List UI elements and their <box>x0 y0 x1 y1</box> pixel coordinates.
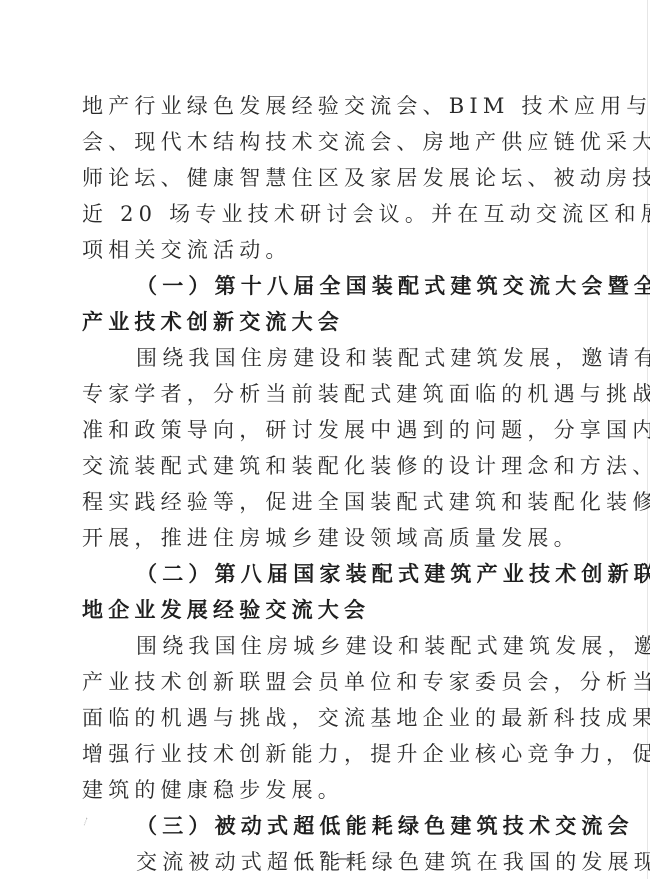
text-line: 项相关交流活动。 <box>82 232 574 268</box>
text-line: 围绕我国住房建设和装配式建筑发展，邀请有关领导和知名 <box>82 340 574 376</box>
text-line: 会、现代木结构技术交流会、房地产供应链优采大会、新锐设计 <box>82 124 574 160</box>
section-heading-1: （一）第十八届全国装配式建筑交流大会暨全国装配化装修 产业技术创新交流大会 <box>82 268 574 340</box>
text-line: 程实践经验等，促进全国装配式建筑和装配化装修的可持续健康 <box>82 484 574 520</box>
heading-line: 产业技术创新交流大会 <box>82 304 574 340</box>
heading-line: （二）第八届国家装配式建筑产业技术创新联盟工作会暨基 <box>82 556 574 592</box>
text-line: 围绕我国住房城乡建设和装配式建筑发展，邀请装配式建筑 <box>82 628 574 664</box>
text-line: 交流装配式建筑和装配化装修的设计理念和方法、适宜技术与工 <box>82 448 574 484</box>
text-line: 面临的机遇与挑战，交流基地企业的最新科技成果和发展经验， <box>82 700 574 736</box>
text-line: 地产行业绿色发展经验交流会、BIM 技术应用与建筑信息化交流 <box>82 88 574 124</box>
text-line: 近 20 场专业技术研讨会议。并在互动交流区和展会现场举办多 <box>82 196 574 232</box>
section-heading-2: （二）第八届国家装配式建筑产业技术创新联盟工作会暨基 地企业发展经验交流大会 <box>82 556 574 628</box>
section-2-body: 围绕我国住房城乡建设和装配式建筑发展，邀请装配式建筑 产业技术创新联盟会员单位和… <box>82 628 574 808</box>
text-line: 师论坛、健康智慧住区及家居发展论坛、被动房技术知识讲座等 <box>82 160 574 196</box>
heading-line: （一）第十八届全国装配式建筑交流大会暨全国装配化装修 <box>82 268 574 304</box>
document-body: 地产行业绿色发展经验交流会、BIM 技术应用与建筑信息化交流 会、现代木结构技术… <box>82 88 574 879</box>
heading-line: （三）被动式超低能耗绿色建筑技术交流会 <box>82 808 574 844</box>
text-line: 增强行业技术创新能力，提升企业核心竞争力，促进全国装配式 <box>82 736 574 772</box>
section-heading-3: （三）被动式超低能耗绿色建筑技术交流会 <box>82 808 574 844</box>
text-line: 产业技术创新联盟会员单位和专家委员会，分析当前装配式建筑 <box>82 664 574 700</box>
text-line: 专家学者，分析当前装配式建筑面临的机遇与挑战，解读技术标 <box>82 376 574 412</box>
text-line: 建筑的健康稳步发展。 <box>82 772 574 808</box>
paragraph-continuation: 地产行业绿色发展经验交流会、BIM 技术应用与建筑信息化交流 会、现代木结构技术… <box>82 88 574 268</box>
heading-line: 地企业发展经验交流大会 <box>82 592 574 628</box>
page-number: — 7 — <box>0 848 650 867</box>
section-1-body: 围绕我国住房建设和装配式建筑发展，邀请有关领导和知名 专家学者，分析当前装配式建… <box>82 340 574 556</box>
text-line: 开展，推进住房城乡建设领域高质量发展。 <box>82 520 574 556</box>
text-line: 准和政策导向，研讨发展中遇到的问题，分享国内外发展经验， <box>82 412 574 448</box>
